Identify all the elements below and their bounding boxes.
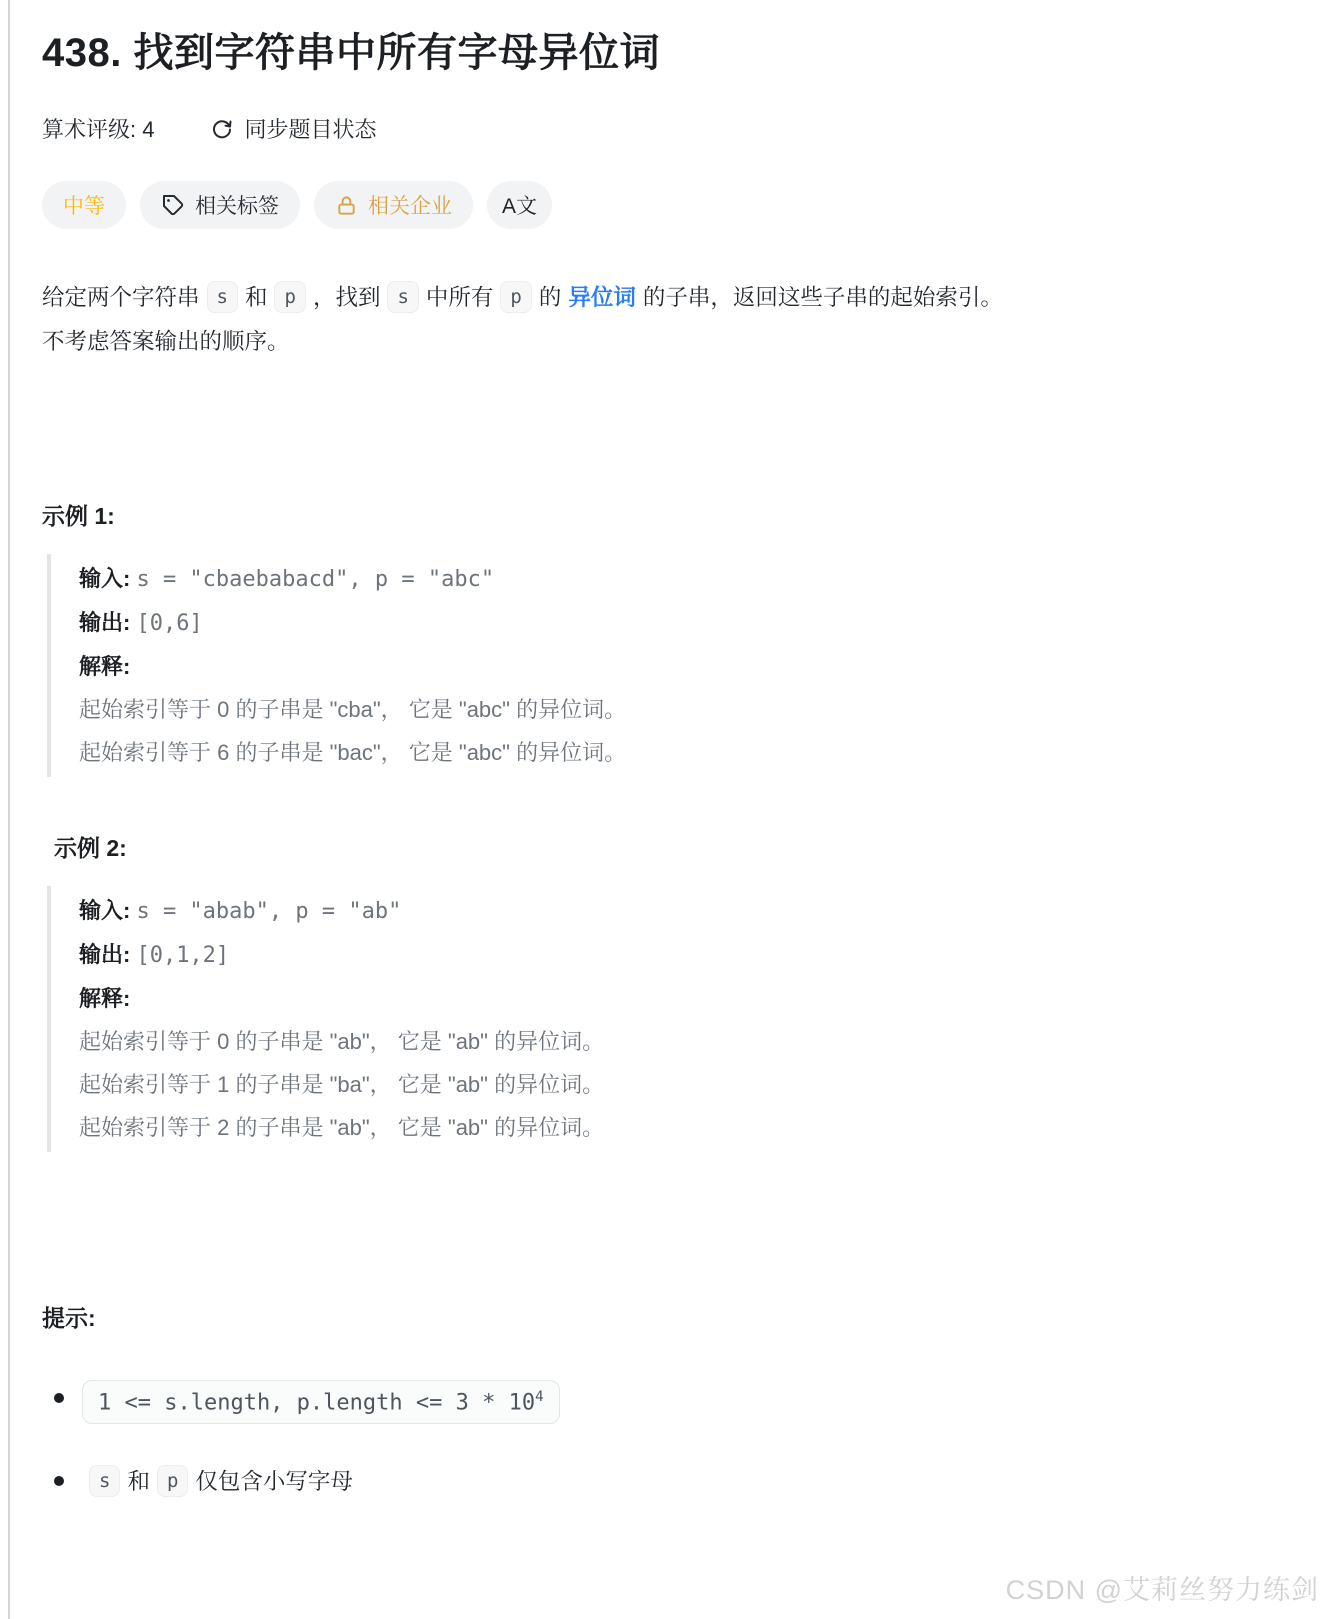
explain-line: 起始索引等于 6 的子串是 "bac"， 它是 "abc" 的异位词。: [79, 731, 1291, 774]
inline-code-s: s: [207, 281, 238, 313]
desc-text: ，找到: [313, 285, 381, 310]
desc-text: 和: [245, 285, 268, 310]
problem-page: 438. 找到字符串中所有字母异位词 算术评级: 4 同步题目状态 中等 相关标…: [0, 0, 1331, 1501]
translate-icon: A文: [502, 190, 537, 220]
inline-code-s: s: [89, 1465, 120, 1497]
related-companies-label: 相关企业: [368, 190, 452, 220]
rating-label: 算术评级: 4: [42, 113, 154, 144]
input-value: s = "abab", p = "ab": [136, 899, 401, 924]
hint-item-charset: s和p仅包含小写字母: [42, 1463, 1291, 1501]
input-label: 输入:: [79, 898, 130, 923]
output-label: 输出:: [79, 942, 130, 967]
example-input-line: 输入: s = "abab", p = "ab": [79, 889, 1291, 933]
output-label: 输出:: [79, 610, 130, 635]
explain-label: 解释:: [79, 654, 130, 679]
output-value: [0,6]: [136, 611, 202, 636]
tag-icon: [161, 193, 185, 217]
example-explain-label-line: 解释:: [79, 645, 1291, 688]
explain-label: 解释:: [79, 986, 130, 1011]
explain-line: 起始索引等于 0 的子串是 "cba"， 它是 "abc" 的异位词。: [79, 688, 1291, 731]
constraint-text: 1 <= s.length, p.length <= 3 * 10: [98, 1390, 535, 1415]
sync-icon: [210, 117, 234, 141]
constraint-sup: 4: [535, 1389, 543, 1405]
desc-line2: 不考虑答案输出的顺序。: [42, 320, 1291, 364]
desc-text: 的: [539, 285, 562, 310]
sync-label: 同步题目状态: [244, 113, 376, 144]
inline-code-p: p: [274, 281, 305, 313]
hint-item-constraint: 1 <= s.length, p.length <= 3 * 104: [42, 1380, 1291, 1424]
example-2-heading: 示例 2:: [54, 830, 1291, 863]
desc-text: 给定两个字符串: [42, 285, 200, 310]
bullet-icon: [54, 1476, 64, 1486]
anagram-link[interactable]: 异位词: [568, 285, 636, 310]
problem-description: 给定两个字符串s和p，找到s中所有p的异位词的子串，返回这些子串的起始索引。 不…: [42, 276, 1291, 364]
example-1-heading: 示例 1:: [42, 498, 1291, 531]
badge-row: 中等 相关标签 相关企业 A文: [42, 181, 1291, 229]
explain-line: 起始索引等于 2 的子串是 "ab"， 它是 "ab" 的异位词。: [79, 1106, 1291, 1149]
desc-text: 中所有: [426, 285, 494, 310]
constraint-code: 1 <= s.length, p.length <= 3 * 104: [82, 1380, 560, 1424]
example-1-block: 输入: s = "cbaebabacd", p = "abc" 输出: [0,6…: [47, 554, 1291, 777]
csdn-watermark: CSDN @艾莉丝努力练剑: [1006, 1568, 1319, 1607]
translate-button[interactable]: A文: [487, 181, 552, 229]
inline-code-s: s: [387, 281, 418, 313]
difficulty-badge[interactable]: 中等: [42, 181, 126, 229]
related-companies-button[interactable]: 相关企业: [314, 181, 473, 229]
hint-list: 1 <= s.length, p.length <= 3 * 104 s和p仅包…: [42, 1380, 1291, 1501]
problem-title: 438. 找到字符串中所有字母异位词: [42, 28, 1291, 78]
related-tags-label: 相关标签: [195, 190, 279, 220]
hint-charset-text: s和p仅包含小写字母: [82, 1469, 353, 1494]
hint-text: 仅包含小写字母: [195, 1469, 353, 1494]
explain-line: 起始索引等于 0 的子串是 "ab"， 它是 "ab" 的异位词。: [79, 1020, 1291, 1063]
sync-status-button[interactable]: 同步题目状态: [210, 113, 376, 144]
input-value: s = "cbaebabacd", p = "abc": [136, 567, 494, 592]
output-value: [0,1,2]: [136, 943, 229, 968]
example-output-line: 输出: [0,1,2]: [79, 933, 1291, 977]
bullet-icon: [54, 1393, 64, 1403]
desc-text: 的子串，返回这些子串的起始索引。: [643, 285, 1003, 310]
panel-edge-divider: [8, 0, 10, 1619]
example-input-line: 输入: s = "cbaebabacd", p = "abc": [79, 557, 1291, 601]
lock-icon: [335, 194, 358, 217]
meta-row: 算术评级: 4 同步题目状态: [42, 113, 1291, 144]
inline-code-p: p: [157, 1465, 188, 1497]
related-tags-button[interactable]: 相关标签: [140, 181, 300, 229]
example-explain-label-line: 解释:: [79, 977, 1291, 1020]
example-output-line: 输出: [0,6]: [79, 601, 1291, 645]
hints-heading: 提示:: [42, 1300, 1291, 1333]
inline-code-p: p: [500, 281, 531, 313]
hint-text: 和: [127, 1469, 150, 1494]
input-label: 输入:: [79, 566, 130, 591]
explain-line: 起始索引等于 1 的子串是 "ba"， 它是 "ab" 的异位词。: [79, 1063, 1291, 1106]
example-2-block: 输入: s = "abab", p = "ab" 输出: [0,1,2] 解释:…: [47, 886, 1291, 1152]
